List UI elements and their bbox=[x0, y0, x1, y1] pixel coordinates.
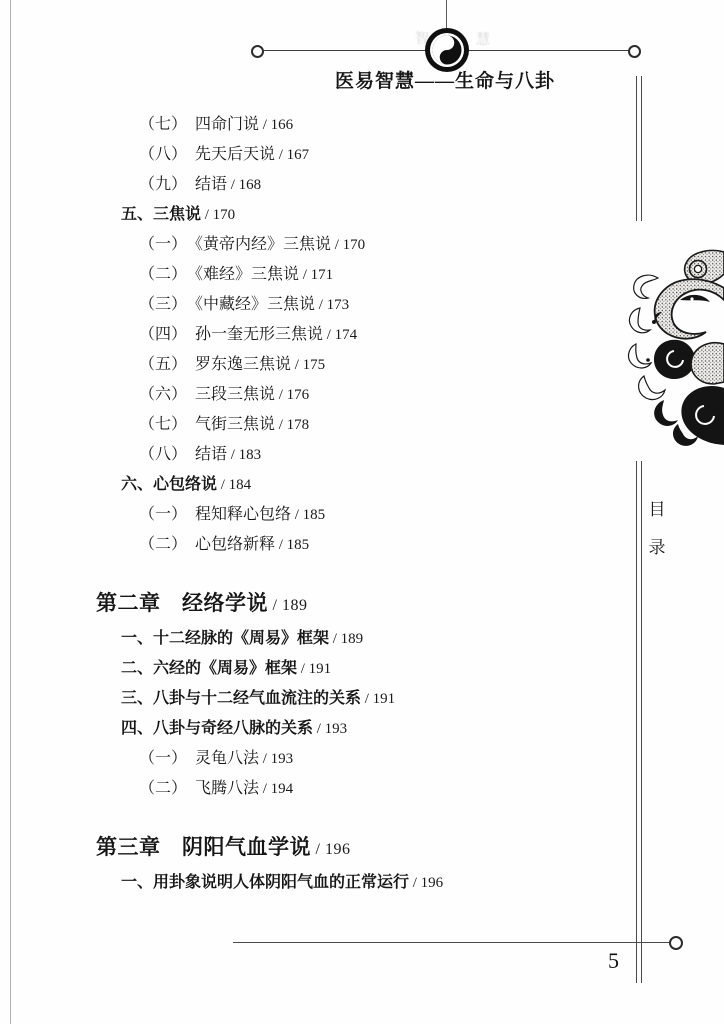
page-number: 5 bbox=[608, 948, 619, 974]
toc-entry-page: / 178 bbox=[275, 417, 309, 433]
toc-entry-label: （七） 气街三焦说 bbox=[139, 416, 275, 433]
toc-entry-page: / 171 bbox=[299, 267, 333, 283]
toc-entry: （九） 结语 / 168 bbox=[0, 170, 610, 200]
right-double-rule-lower bbox=[636, 461, 642, 983]
book-page: 智 慧 医易智慧——生命与八卦 目录 bbox=[0, 0, 724, 1024]
toc-entry-page: / 175 bbox=[291, 357, 325, 373]
show-through-text: 慧 bbox=[476, 29, 490, 49]
right-double-rule-upper bbox=[636, 76, 642, 221]
toc-entry: 第三章 阴阳气血学说 / 196 bbox=[0, 830, 610, 868]
toc-entry-label: （七） 四命门说 bbox=[139, 116, 259, 133]
toc-entry-page: / 191 bbox=[297, 661, 331, 677]
toc-entry: （七） 气街三焦说 / 178 bbox=[0, 410, 610, 440]
toc-entry-page: / 176 bbox=[275, 387, 309, 403]
toc-entry-page: / 196 bbox=[409, 875, 443, 891]
side-label-char: 录 bbox=[649, 539, 666, 556]
toc-entry: （三） 《中藏经》三焦说 / 173 bbox=[0, 290, 610, 320]
toc-entry-label: 六、心包络说 bbox=[121, 476, 217, 493]
toc-entry-page: / 168 bbox=[227, 177, 261, 193]
toc-entry-page: / 167 bbox=[275, 147, 309, 163]
toc-entry-page: / 194 bbox=[259, 781, 293, 797]
toc-entry-label: 一、十二经脉的《周易》框架 bbox=[121, 630, 329, 647]
toc-entry-page: / 170 bbox=[201, 207, 235, 223]
toc-entry-page: / 166 bbox=[259, 117, 293, 133]
toc-entry-label: （一） 《黄帝内经》三焦说 bbox=[139, 236, 331, 253]
toc-entry-label: （二） 《难经》三焦说 bbox=[139, 266, 299, 283]
toc-entry: （六） 三段三焦说 / 176 bbox=[0, 380, 610, 410]
toc-entry-label: （三） 《中藏经》三焦说 bbox=[139, 296, 315, 313]
dragon-medallion-icon bbox=[618, 248, 724, 448]
toc-entry-label: （五） 罗东逸三焦说 bbox=[139, 356, 291, 373]
toc-entry: （七） 四命门说 / 166 bbox=[0, 110, 610, 140]
toc-entry: （八） 结语 / 183 bbox=[0, 440, 610, 470]
toc-entry: （二） 心包络新释 / 185 bbox=[0, 530, 610, 560]
toc-entry-label: （九） 结语 bbox=[139, 176, 227, 193]
toc-entry-label: （八） 结语 bbox=[139, 446, 227, 463]
toc-entry-label: 五、三焦说 bbox=[121, 206, 201, 223]
toc-entry: 三、八卦与十二经气血流注的关系 / 191 bbox=[0, 684, 610, 714]
toc-entry-label: （一） 程知释心包络 bbox=[139, 506, 291, 523]
toc-entry: （八） 先天后天说 / 167 bbox=[0, 140, 610, 170]
toc-entry-page: / 174 bbox=[323, 327, 357, 343]
toc-entry: 六、心包络说 / 184 bbox=[0, 470, 610, 500]
toc-entry: （四） 孙一奎无形三焦说 / 174 bbox=[0, 320, 610, 350]
toc-entry-label: 四、八卦与奇经八脉的关系 bbox=[121, 720, 313, 737]
toc-entry: （二） 《难经》三焦说 / 171 bbox=[0, 260, 610, 290]
toc-entry-page: / 185 bbox=[275, 537, 309, 553]
toc-entry-label: （二） 飞腾八法 bbox=[139, 780, 259, 797]
toc-entry-label: （八） 先天后天说 bbox=[139, 146, 275, 163]
ring-cap-icon bbox=[628, 45, 641, 58]
toc-entry: 一、十二经脉的《周易》框架 / 189 bbox=[0, 624, 610, 654]
toc-entry-label: （六） 三段三焦说 bbox=[139, 386, 275, 403]
toc-entry-page: / 189 bbox=[268, 597, 307, 614]
toc-entry-label: 第三章 阴阳气血学说 bbox=[96, 836, 311, 859]
toc-entry-label: （一） 灵龟八法 bbox=[139, 750, 259, 767]
toc-entry-page: / 170 bbox=[331, 237, 365, 253]
toc-entry-label: 三、八卦与十二经气血流注的关系 bbox=[121, 690, 361, 707]
toc-entry-page: / 196 bbox=[311, 841, 350, 858]
toc-entry: （一） 程知释心包络 / 185 bbox=[0, 500, 610, 530]
toc-entry-page: / 185 bbox=[291, 507, 325, 523]
side-label-char: 目 bbox=[649, 501, 666, 518]
toc-entry: 四、八卦与奇经八脉的关系 / 193 bbox=[0, 714, 610, 744]
toc-entry-label: （四） 孙一奎无形三焦说 bbox=[139, 326, 323, 343]
toc-entry-label: 第二章 经络学说 bbox=[96, 592, 268, 615]
show-through-text: 智 bbox=[415, 28, 429, 48]
toc-entry: （一） 《黄帝内经》三焦说 / 170 bbox=[0, 230, 610, 260]
toc-entry-page: / 193 bbox=[259, 751, 293, 767]
book-title: 医易智慧——生命与八卦 bbox=[190, 66, 700, 93]
ring-cap-icon bbox=[251, 45, 264, 58]
toc-entry-page: / 191 bbox=[361, 691, 395, 707]
toc-entry-label: 一、用卦象说明人体阴阳气血的正常运行 bbox=[121, 874, 409, 891]
toc-entry: （二） 飞腾八法 / 194 bbox=[0, 774, 610, 804]
toc-entry: 二、六经的《周易》框架 / 191 bbox=[0, 654, 610, 684]
footer-rule bbox=[233, 942, 670, 943]
header-center-tick bbox=[446, 0, 447, 28]
toc-entry-page: / 183 bbox=[227, 447, 261, 463]
toc-entry: 第二章 经络学说 / 189 bbox=[0, 586, 610, 624]
toc-entry-page: / 193 bbox=[313, 721, 347, 737]
toc-entry-page: / 184 bbox=[217, 477, 251, 493]
toc-entry-label: 二、六经的《周易》框架 bbox=[121, 660, 297, 677]
ring-cap-icon bbox=[669, 936, 683, 950]
toc-entry: 五、三焦说 / 170 bbox=[0, 200, 610, 230]
toc-side-label: 目录 bbox=[647, 501, 667, 556]
toc-entry: （一） 灵龟八法 / 193 bbox=[0, 744, 610, 774]
toc-list: （七） 四命门说 / 166（八） 先天后天说 / 167（九） 结语 / 16… bbox=[0, 110, 610, 898]
toc-entry-page: / 173 bbox=[315, 297, 349, 313]
toc-entry: 一、用卦象说明人体阴阳气血的正常运行 / 196 bbox=[0, 868, 610, 898]
toc-entry: （五） 罗东逸三焦说 / 175 bbox=[0, 350, 610, 380]
toc-entry-label: （二） 心包络新释 bbox=[139, 536, 275, 553]
toc-entry-page: / 189 bbox=[329, 631, 363, 647]
